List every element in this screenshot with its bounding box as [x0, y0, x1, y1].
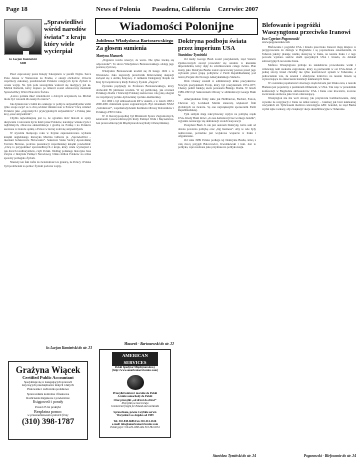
ad-shipping-subtitle: Polski Spedytor Międzynarodowy (http://w… — [102, 366, 168, 373]
photo-caption: ks Lucjan Kamieński SDB — [4, 57, 42, 65]
article-body-sprawiedliwi: Pisać zaproszony przez Księży Salezjanów… — [4, 73, 91, 169]
article-body-bartoszewski: „Najpierw trzeba wierzyć, że warto. Nie … — [96, 59, 174, 125]
paragraph: Od kiedy George Bush zostal prezydentem,… — [178, 58, 256, 79]
paragraph: Dick Cheney zasiadł w administracji kilk… — [178, 80, 256, 98]
paragraph: Blefowanie i pogróżki USA i Izraela prze… — [262, 46, 356, 64]
paragraph: „Łatwo polskie mieć wiadomości o dobrych… — [4, 95, 91, 102]
article-headline-blefowanie: Blefowanie i pogróżki Waszyngtonu przeci… — [262, 22, 356, 37]
paragraph: W styczniu bieżącego roku w Krynie zapre… — [4, 132, 91, 160]
paragraph: Mafioso Waszyngtonu próbuje na zakładnic… — [262, 64, 356, 82]
paragraph: Pisać zaproszony przez Księży Salezjanów… — [4, 73, 91, 94]
ad-shipping: AMERICAN SERVICES Polski Spedytor Między… — [99, 349, 171, 438]
paragraph: W 11 Rzeczypospolitej był Ministrem Spra… — [96, 115, 174, 126]
article-signature-sprawiedliwi: ks Lucjan Kamieński do str. 23 — [4, 346, 92, 350]
photo-caption-order: SDB — [4, 61, 42, 65]
ad-cpa: Grażyna Wiącek Certified Public Accounta… — [8, 361, 88, 440]
column-4: Blefowanie i pogróżki Waszyngtonu przeci… — [262, 22, 356, 112]
paragraph: Władysław Bartoszewski urodził się 19 lu… — [96, 70, 174, 84]
globe-icon — [127, 375, 144, 390]
ad-cpa-line: Specjalizuje się w następujących sprawac… — [11, 381, 85, 388]
author-photo — [4, 19, 42, 55]
article-signature-doktryna: Stanisław Tymiński do str. 24 — [178, 454, 256, 458]
article-body-doktryna: Od kiedy George Bush zostal prezydentem,… — [178, 58, 256, 150]
paragraph: Chybła najważniejszą jest to, że ogromna… — [4, 117, 91, 131]
article-kicker-bartoszewski: Jubileusz Władysława Bartoszewskiego — [96, 38, 174, 43]
masthead-box: Wiadomości Polonijne — [95, 18, 258, 35]
article-headline-doktryna: Doktryna podboju świata przez imperium U… — [178, 38, 256, 53]
article-body-blefowanie: Blefowanie i pogróżki USA i Izraela prze… — [262, 46, 356, 112]
paragraph: Amerykańskie firmy takie jak Halliburton… — [178, 98, 256, 112]
masthead-title: Wiadomości Polonijne — [96, 19, 257, 33]
ad-cpa-phone[interactable]: (310) 398-1787 — [11, 417, 85, 427]
column-2: Jubileusz Władysława Bartoszewskiego Za … — [96, 38, 174, 126]
ad-shipping-line: Commercial freight for Poland and worldw… — [102, 405, 168, 408]
publication-location: Pasadena, California — [152, 6, 210, 13]
paragraph: Jak dyskutować z kimś kto szukając w pol… — [4, 103, 91, 117]
paragraph: Od roku 1989 Polska podlega tej Doktryni… — [178, 139, 256, 150]
article-signature-bartoszewski: Mazurek - Bartoszewski do str. 22 — [96, 342, 174, 346]
paragraph: Niestety ten fakt trafia do świadomości … — [4, 161, 91, 168]
article-headline-sprawiedliwi: „Sprawiedliwi wśród narodów świata” z kr… — [44, 19, 94, 55]
paragraph: Prezydent Bush Jr. nie jest autorem Dokt… — [178, 124, 256, 138]
paragraph: Waszyngton nie ma woli obrony, jak przys… — [262, 97, 356, 111]
issue-date: Czerwiec 2007 — [218, 6, 258, 13]
paragraph: W ocenianiu popularności obecnego rządu … — [262, 82, 356, 96]
ad-shipping-line: Wszystkie Los Angeles od 1989 — [102, 414, 168, 417]
article-signature-blefowanie: Pogonowski - Blefowanie do str. 24 — [262, 454, 356, 458]
page-number: Page 18 — [6, 6, 27, 13]
paragraph: Od 1990 r. był ambasadorem RP w Austrii,… — [96, 100, 174, 114]
ad-cpa-name: Grażyna Wiącek — [11, 365, 85, 375]
publication-name: News of Polonia — [96, 6, 140, 13]
ad-shipping-logo: AMERICAN SERVICES — [112, 352, 158, 366]
paragraph: „Najpierw trzeba wierzyć, że warto. Nie … — [96, 59, 174, 70]
column-3: Doktryna podboju świata przez imperium U… — [178, 38, 256, 150]
ad-shipping-polish-phone[interactable]: Polski język: 310-429-1090 albo 310-382-… — [102, 426, 168, 429]
paragraph: Tym samym mają zdecydowany wpływ na poli… — [178, 113, 256, 124]
article-headline-bartoszewski: Za głosem sumienia — [96, 46, 174, 53]
ad-cpa-title: Certified Public Accountant — [11, 375, 85, 381]
paragraph: Życzenia popłynęły do Profesora Bartosze… — [96, 85, 174, 99]
